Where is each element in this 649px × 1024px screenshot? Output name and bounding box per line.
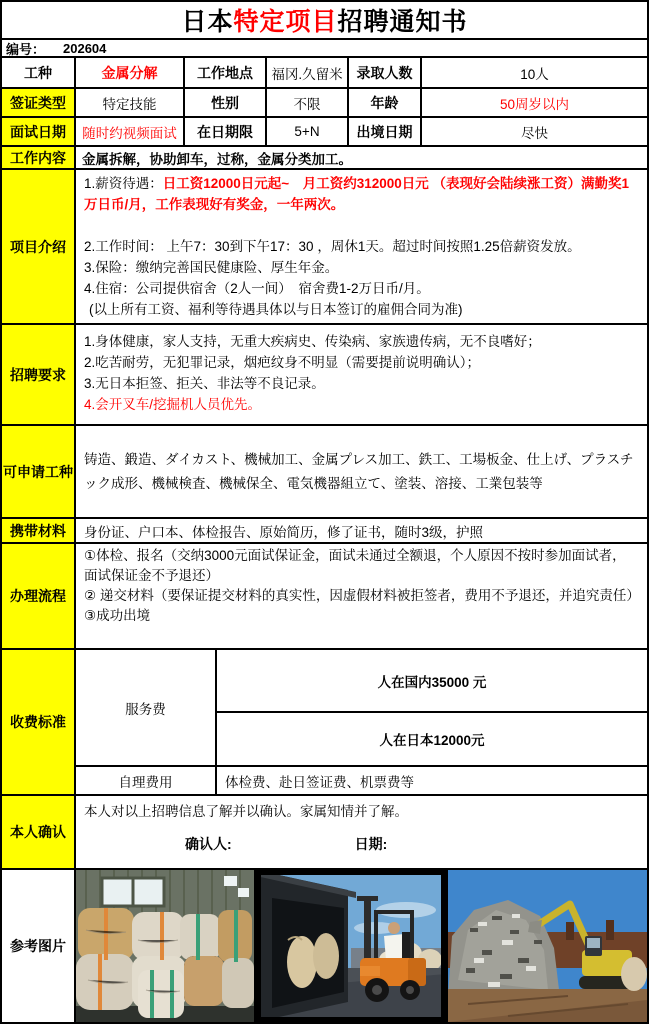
confirmation-label: 本人确认 [2,796,74,868]
work-location-value: 福冈.久留米 [267,58,347,87]
signature-line: 确认人: 日期: [84,834,639,854]
process-step-2: ② 递交材料（要保证提交材料的真实性，因虚假材料被拒签者，费用不予退还，并追究责… [84,586,639,606]
age-value: 50周岁以内 [422,89,647,116]
title-prefix: 日本 [181,2,233,38]
photo-scrap-bags-warehouse [76,870,254,1022]
blank-line [84,215,639,236]
service-fee-japan: 人在日本12000元 [217,713,647,765]
self-paid-fee-label: 自理费用 [76,767,215,794]
basic-info-row-2: 签证类型 特定技能 性别 不限 年龄 50周岁以内 [2,89,647,116]
process-row: 办理流程 ①体检、报名（交纳3000元面试保证金，面试未通过全额退，个人原因不按… [2,544,647,648]
job-type-label: 工种 [2,58,74,87]
interview-date-label: 面试日期 [2,118,74,145]
photo-excavator-scrap-pile [448,870,647,1022]
age-label: 年龄 [349,89,420,116]
process-content: ①体检、报名（交纳3000元面试保证金，面试未通过全额退，个人原因不按时参加面试… [76,544,647,648]
job-type-value: 金属分解 [76,58,183,87]
photo-forklift-loading-truck [256,870,446,1022]
basic-info-row-3: 面试日期 随时约视频面试 在日期限 5+N 出境日期 尽快 [2,118,647,145]
title-suffix: 招聘通知书 [338,2,468,38]
confirmation-row: 本人确认 本人对以上招聘信息了解并以确认。家属知情并了解。 确认人: 日期: [2,796,647,868]
title-highlight: 特定项目 [233,2,337,38]
applicable-jobs-label: 可申请工种 [2,426,74,517]
recruitment-notice-document: 日本特定项目招聘通知书 编号： 202604 工种 金属分解 工作地点 福冈.久… [0,0,649,1024]
materials-value: 身份证、户口本、体检报告、原始简历，修了证书，随时3级，护照 [76,519,647,542]
requirements-label: 招聘要求 [2,325,74,424]
visa-type-value: 特定技能 [76,89,183,116]
basic-info-row-1: 工种 金属分解 工作地点 福冈.久留米 录取人数 10人 [2,58,647,87]
materials-label: 携带材料 [2,519,74,542]
work-content-row: 工作内容 金属拆解，协助卸车，过称，金属分类加工。 [2,147,647,168]
requirements-content: 1.身体健康，家人支持，无重大疾病史、传染病、家族遗传病，无不良嗜好； 2.吃苦… [76,325,647,424]
page-title: 日本特定项目招聘通知书 [2,2,647,38]
requirement-line-4-highlight: 4.会开叉车/挖掘机人员优先。 [84,394,639,415]
materials-row: 携带材料 身份证、户口本、体检报告、原始简历，修了证书，随时3级，护照 [2,519,647,542]
doc-number-row: 编号： 202604 [2,40,647,56]
work-time-line: 2.工作时间： 上午7：30到下午17：30 ，周休1天。超过时间按照1.25倍… [84,236,639,257]
applicable-jobs-row: 可申请工种 铸造、鍛造、ダイカスト、機械加工、金属プレス加工、鉄工、工場板金、仕… [2,426,647,517]
departure-date-value: 尽快 [422,118,647,145]
service-fee-domestic: 人在国内35000 元 [217,650,647,711]
work-content-value: 金属拆解，协助卸车，过称，金属分类加工。 [76,147,647,168]
reference-photos-row: 参考图片 [2,870,647,1022]
headcount-value: 10人 [422,58,647,87]
interview-date-value: 随时约视频面试 [76,118,183,145]
fees-grid: 服务费 人在国内35000 元 人在日本12000元 自理费用 体检费、赴日签证… [76,650,647,794]
project-intro-label: 项目介绍 [2,170,74,323]
reference-photos-strip [76,870,647,1022]
project-intro-row: 项目介绍 1.薪资待遇：日工资12000日元起~ 月工资约312000日元 （表… [2,170,647,323]
stay-period-label: 在日期限 [185,118,265,145]
process-step-3: ③成功出境 [84,606,639,626]
salary-highlight: 日工资12000日元起~ 月工资约312000日元 （表现好会陆续涨工资）满勤奖… [84,176,629,212]
confirmation-content: 本人对以上招聘信息了解并以确认。家属知情并了解。 确认人: 日期: [76,796,647,868]
requirement-line-3: 3.无日本拒签、拒关、非法等不良记录。 [84,373,639,394]
gender-value: 不限 [267,89,347,116]
service-fee-label: 服务费 [76,650,215,765]
visa-type-label: 签证类型 [2,89,74,116]
doc-number-value: 202604 [63,41,106,56]
headcount-label: 录取人数 [349,58,420,87]
work-location-label: 工作地点 [185,58,265,87]
confirmation-statement: 本人对以上招聘信息了解并以确认。家属知情并了解。 [84,800,639,820]
title-row: 日本特定项目招聘通知书 [2,2,647,38]
departure-date-label: 出境日期 [349,118,420,145]
salary-prefix: 1.薪资待遇： [84,176,163,191]
self-paid-fee-value: 体检费、赴日签证费、机票费等 [217,767,647,794]
stay-period-value: 5+N [267,118,347,145]
doc-number: 编号： 202604 [2,40,647,56]
gender-label: 性别 [185,89,265,116]
housing-line: 4.住宿：公司提供宿舍（2人一间） 宿舍费1-2万日币/月。 [84,278,639,299]
process-label: 办理流程 [2,544,74,648]
applicable-jobs-value: 铸造、鍛造、ダイカスト、機械加工、金属プレス加工、鉄工、工場板金、仕上げ、プラス… [76,426,647,517]
insurance-line: 3.保险：缴纳完善国民健康险、厚生年金。 [84,257,639,278]
project-intro-content: 1.薪资待遇：日工资12000日元起~ 月工资约312000日元 （表现好会陆续… [76,170,647,323]
work-content-label: 工作内容 [2,147,74,168]
note-line: (以上所有工资、福利等待遇具体以与日本签订的雇佣合同为准) [84,299,639,320]
fees-row: 收费标准 服务费 人在国内35000 元 人在日本12000元 自理费用 体检费… [2,650,647,794]
requirements-row: 招聘要求 1.身体健康，家人支持，无重大疾病史、传染病、家族遗传病，无不良嗜好；… [2,325,647,424]
process-step-1: ①体检、报名（交纳3000元面试保证金，面试未通过全额退，个人原因不按时参加面试… [84,546,639,586]
requirement-line-2: 2.吃苦耐劳，无犯罪记录，烟疤纹身不明显（需要提前说明确认）； [84,352,639,373]
signer-label: 确认人: [185,834,232,854]
salary-line: 1.薪资待遇：日工资12000日元起~ 月工资约312000日元 （表现好会陆续… [84,173,639,215]
doc-number-label: 编号： [6,40,45,56]
reference-photos-label: 参考图片 [2,870,74,1022]
fees-label: 收费标准 [2,650,74,794]
date-label: 日期: [355,834,388,854]
requirement-line-1: 1.身体健康，家人支持，无重大疾病史、传染病、家族遗传病，无不良嗜好； [84,331,639,352]
